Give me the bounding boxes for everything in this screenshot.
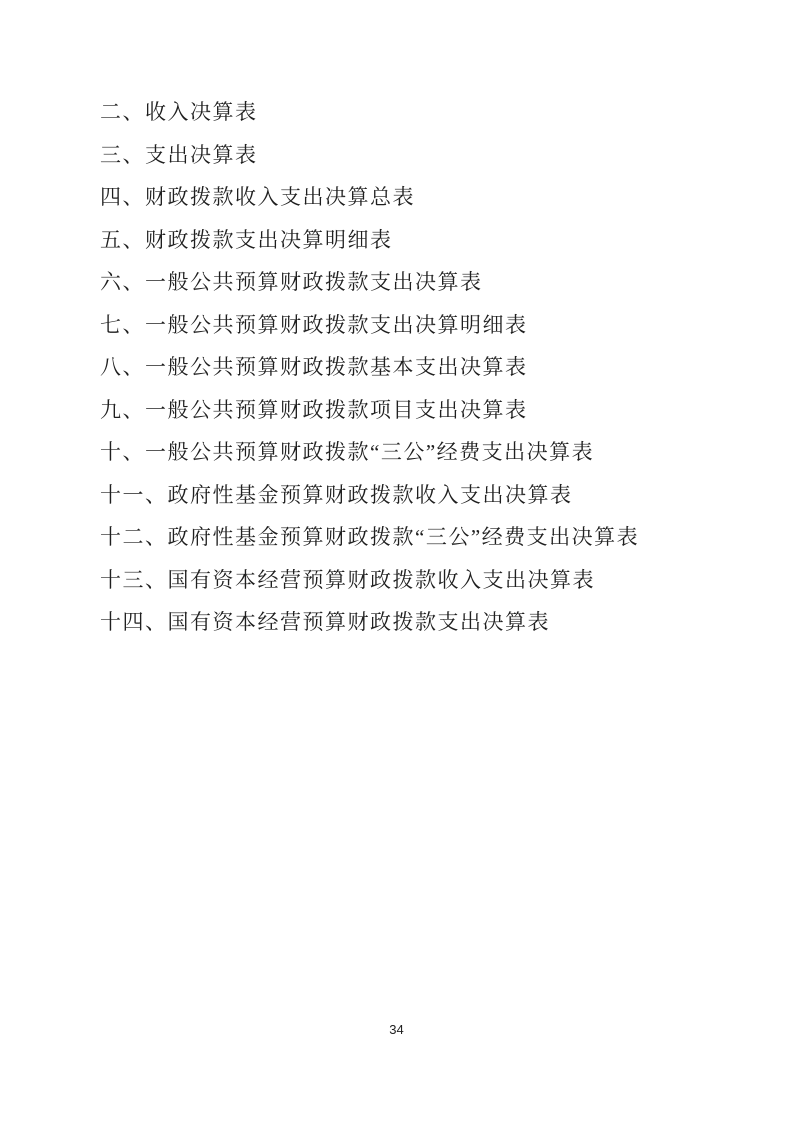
toc-item: 十三、国有资本经营预算财政拨款收入支出决算表 (100, 559, 733, 602)
toc-item: 九、一般公共预算财政拨款项目支出决算表 (100, 389, 733, 432)
toc-item: 二、收入决算表 (100, 91, 733, 134)
toc-item: 三、支出决算表 (100, 134, 733, 177)
toc-item: 四、财政拨款收入支出决算总表 (100, 176, 733, 219)
toc-item: 十、一般公共预算财政拨款“三公”经费支出决算表 (100, 431, 733, 474)
toc-item: 八、一般公共预算财政拨款基本支出决算表 (100, 346, 733, 389)
toc-item: 六、一般公共预算财政拨款支出决算表 (100, 261, 733, 304)
document-page: 二、收入决算表 三、支出决算表 四、财政拨款收入支出决算总表 五、财政拨款支出决… (0, 0, 793, 1122)
toc-item: 十一、政府性基金预算财政拨款收入支出决算表 (100, 474, 733, 517)
toc-item: 十二、政府性基金预算财政拨款“三公”经费支出决算表 (100, 516, 733, 559)
toc-list: 二、收入决算表 三、支出决算表 四、财政拨款收入支出决算总表 五、财政拨款支出决… (100, 91, 733, 644)
toc-item: 十四、国有资本经营预算财政拨款支出决算表 (100, 601, 733, 644)
page-number: 34 (0, 1022, 793, 1037)
toc-item: 七、一般公共预算财政拨款支出决算明细表 (100, 304, 733, 347)
toc-item: 五、财政拨款支出决算明细表 (100, 219, 733, 262)
